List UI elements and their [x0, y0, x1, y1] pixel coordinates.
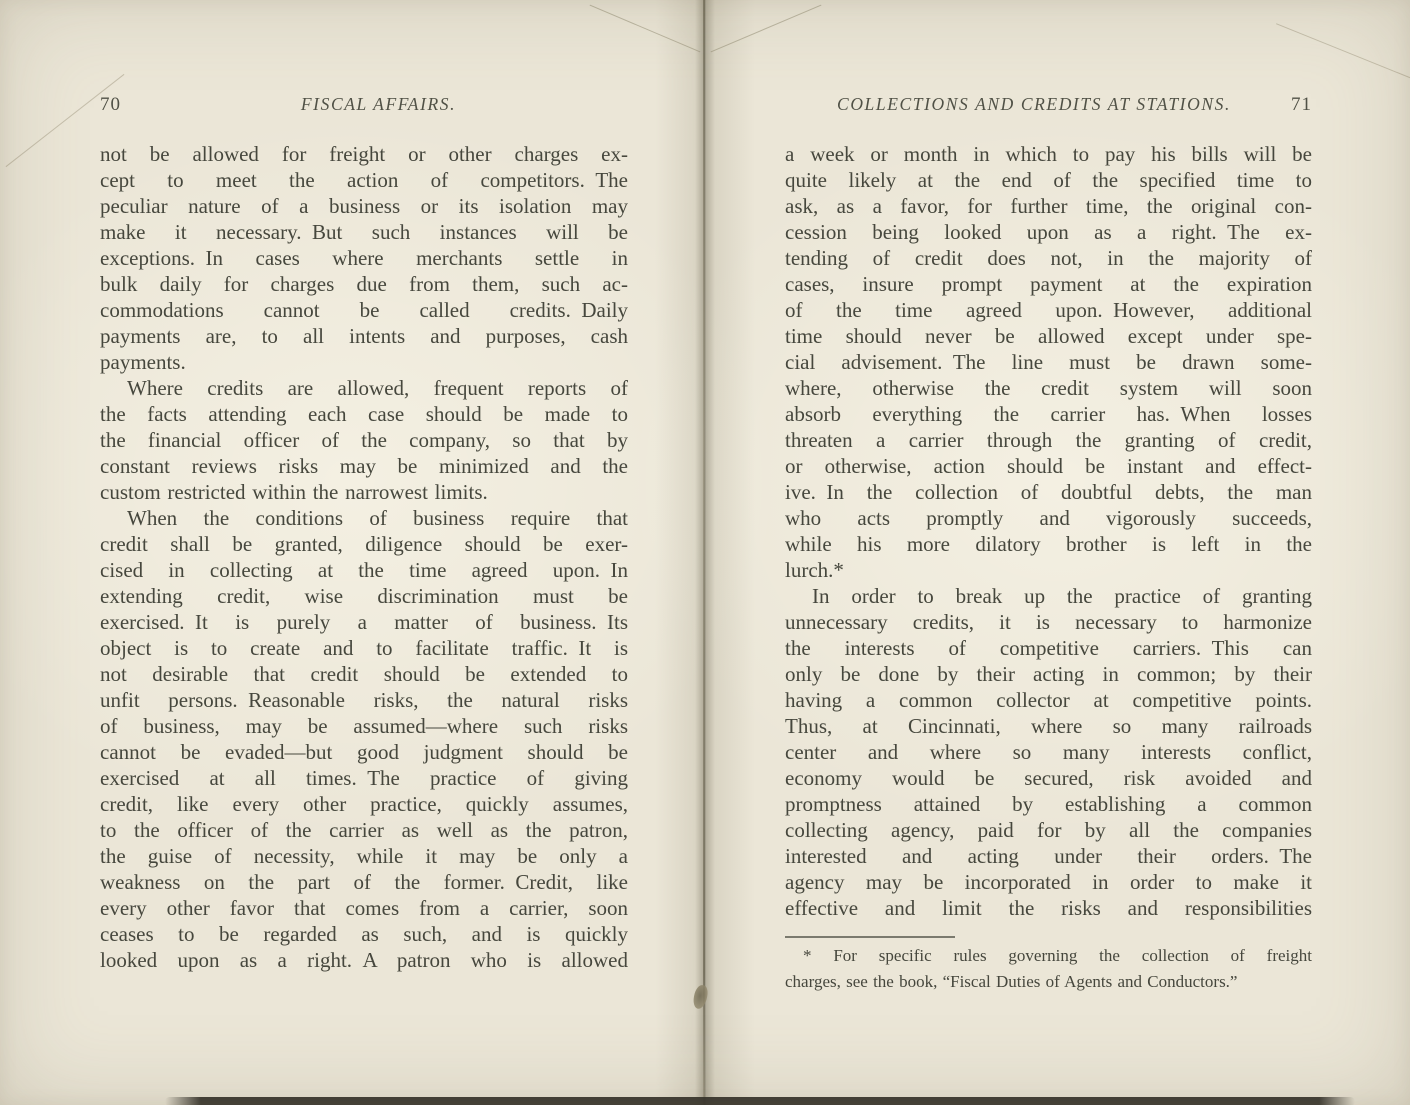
right-text-block: a week or month in which to pay his bill…	[785, 141, 1312, 921]
left-page: 70 FISCAL AFFAIRS. not be allowed for fr…	[0, 0, 705, 1105]
text-line: the financial officer of the company, so…	[100, 427, 628, 453]
text-line: or otherwise, action should be instant a…	[785, 453, 1312, 479]
text-line: charges, see the book, “Fiscal Duties of…	[785, 969, 1312, 995]
text-line: who acts promptly and vigorously succeed…	[785, 505, 1312, 531]
text-line: lurch.*	[785, 557, 1312, 583]
left-running-head: 70 FISCAL AFFAIRS.	[100, 94, 628, 116]
text-line: the guise of necessity, while it may be …	[100, 843, 628, 869]
text-line: * For specific rules governing the colle…	[785, 943, 1312, 969]
text-line: peculiar nature of a business or its iso…	[100, 193, 628, 219]
right-running-head: COLLECTIONS AND CREDITS AT STATIONS. 71	[785, 94, 1312, 116]
text-line: interested and acting under their orders…	[785, 843, 1312, 869]
text-line: every other favor that comes from a carr…	[100, 895, 628, 921]
text-line: bulk daily for charges due from them, su…	[100, 271, 628, 297]
text-line: threaten a carrier through the granting …	[785, 427, 1312, 453]
text-line: ive. In the collection of doubtful debts…	[785, 479, 1312, 505]
text-line: credit shall be granted, diligence shoul…	[100, 531, 628, 557]
text-line: Where credits are allowed, frequent repo…	[100, 375, 628, 401]
left-page-number: 70	[100, 94, 121, 116]
text-line: custom restricted within the narrowest l…	[100, 479, 628, 505]
text-line: cession being looked upon as a right. Th…	[785, 219, 1312, 245]
text-line: constant reviews risks may be minimized …	[100, 453, 628, 479]
footnote-rule	[785, 936, 955, 938]
text-line: tending of credit does not, in the major…	[785, 245, 1312, 271]
text-line: absorb everything the carrier has. When …	[785, 401, 1312, 427]
text-line: Thus, at Cincinnati, where so many railr…	[785, 713, 1312, 739]
text-line: make it necessary. But such instances wi…	[100, 219, 628, 245]
text-line: object is to create and to facilitate tr…	[100, 635, 628, 661]
text-line: quite likely at the end of the specified…	[785, 167, 1312, 193]
right-page-number: 71	[1291, 94, 1312, 116]
text-line: of the time agreed upon. However, additi…	[785, 297, 1312, 323]
text-line: the facts attending each case should be …	[100, 401, 628, 427]
left-text-block: not be allowed for freight or other char…	[100, 141, 628, 973]
text-line: payments are, to all intents and purpose…	[100, 323, 628, 349]
text-line: looked upon as a right. A patron who is …	[100, 947, 628, 973]
text-line: only be done by their acting in common; …	[785, 661, 1312, 687]
text-line: of business, may be assumed—where such r…	[100, 713, 628, 739]
text-line: ask, as a favor, for further time, the o…	[785, 193, 1312, 219]
text-line: effective and limit the risks and respon…	[785, 895, 1312, 921]
text-line: not be allowed for freight or other char…	[100, 141, 628, 167]
text-line: In order to break up the practice of gra…	[785, 583, 1312, 609]
text-line: unfit persons. Reasonable risks, the nat…	[100, 687, 628, 713]
book-scan: 70 FISCAL AFFAIRS. not be allowed for fr…	[0, 0, 1410, 1105]
text-line: not desirable that credit should be exte…	[100, 661, 628, 687]
text-line: ceases to be regarded as such, and is qu…	[100, 921, 628, 947]
text-line: time should never be allowed except unde…	[785, 323, 1312, 349]
left-running-title: FISCAL AFFAIRS.	[129, 94, 628, 115]
text-line: When the conditions of business require …	[100, 505, 628, 531]
text-line: cised in collecting at the time agreed u…	[100, 557, 628, 583]
text-line: credit, like every other practice, quick…	[100, 791, 628, 817]
text-line: cial advisement. The line must be drawn …	[785, 349, 1312, 375]
footnote: * For specific rules governing the colle…	[785, 943, 1312, 994]
text-line: payments.	[100, 349, 628, 375]
text-line: economy would be secured, risk avoided a…	[785, 765, 1312, 791]
text-line: collecting agency, paid for by all the c…	[785, 817, 1312, 843]
text-line: to the officer of the carrier as well as…	[100, 817, 628, 843]
text-line: exercised. It is purely a matter of busi…	[100, 609, 628, 635]
text-line: having a common collector at competitive…	[785, 687, 1312, 713]
text-line: center and where so many interests confl…	[785, 739, 1312, 765]
text-line: the interests of competitive carriers. T…	[785, 635, 1312, 661]
text-line: unnecessary credits, it is necessary to …	[785, 609, 1312, 635]
text-line: weakness on the part of the former. Cred…	[100, 869, 628, 895]
text-line: promptness attained by establishing a co…	[785, 791, 1312, 817]
text-line: exercised at all times. The practice of …	[100, 765, 628, 791]
text-line: while his more dilatory brother is left …	[785, 531, 1312, 557]
text-line: exceptions. In cases where merchants set…	[100, 245, 628, 271]
text-line: a week or month in which to pay his bill…	[785, 141, 1312, 167]
text-line: where, otherwise the credit system will …	[785, 375, 1312, 401]
text-line: commodations cannot be called credits. D…	[100, 297, 628, 323]
right-running-title: COLLECTIONS AND CREDITS AT STATIONS.	[785, 94, 1283, 115]
text-line: agency may be incorporated in order to m…	[785, 869, 1312, 895]
right-page: COLLECTIONS AND CREDITS AT STATIONS. 71 …	[705, 0, 1410, 1105]
text-line: cases, insure prompt payment at the expi…	[785, 271, 1312, 297]
text-line: cannot be evaded—but good judgment shoul…	[100, 739, 628, 765]
text-line: cept to meet the action of competitors. …	[100, 167, 628, 193]
text-line: extending credit, wise discrimination mu…	[100, 583, 628, 609]
